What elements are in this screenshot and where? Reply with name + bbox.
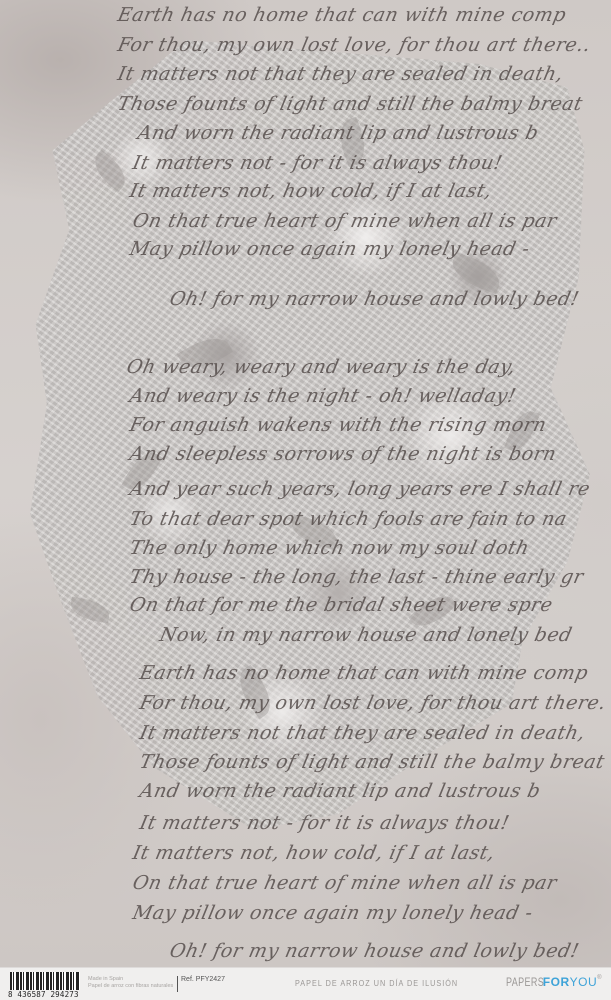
brand-part-for: FOR <box>543 975 570 989</box>
poem-line: And year such years, long years ere I sh… <box>128 478 593 500</box>
poem-line: Oh! for my narrow house and lowly bed! <box>168 288 582 310</box>
poem-line: And weary is the night - oh! welladay! <box>128 385 519 407</box>
poem-line: Oh weary, weary and weary is the day, <box>125 356 518 378</box>
poem-line: Now, in my narrow house and lonely bed <box>158 624 575 646</box>
poem-line: Earth has no home that can with mine com… <box>116 4 569 26</box>
poem-line: Those founts of light and still the balm… <box>138 751 607 773</box>
reference-code: Ref. PFY2427 <box>181 976 225 983</box>
product-label-strip: 8 436587 294273 Made in Spain Papel de a… <box>0 967 611 1000</box>
poem-line: For thou, my own lost love, for thou art… <box>116 34 593 56</box>
poem-line: And worn the radiant lip and lustrous b <box>138 780 543 802</box>
brand-part-papers: PAPERS <box>506 975 544 989</box>
poem-line: On that for me the bridal sheet were spr… <box>128 594 555 616</box>
barcode-icon <box>10 972 80 990</box>
poem-line: For thou, my own lost love, for thou art… <box>138 692 609 714</box>
poem-line: It matters not - for it is always thou! <box>131 152 505 174</box>
poem-line: May pillow once again my lonely head - <box>131 902 535 924</box>
leaf-shape <box>69 597 112 624</box>
registered-mark-icon: ® <box>597 975 602 981</box>
poem-line: Thy house - the long, the last - thine e… <box>128 566 586 588</box>
origin-info: Made in Spain Papel de arroz con fibras … <box>88 976 173 990</box>
poem-line: Earth has no home that can with mine com… <box>138 662 591 684</box>
poem-line: It matters not - for it is always thou! <box>138 812 512 834</box>
made-in-text: Made in Spain <box>88 976 173 983</box>
poem-line: The only home which now my soul doth <box>128 537 532 559</box>
brand-logo: PAPERSFORYOU® <box>506 975 602 989</box>
poem-line: It matters not that they are sealed in d… <box>116 63 566 85</box>
poem-line: It matters not, how cold, if I at last, <box>131 842 497 864</box>
divider <box>177 976 178 992</box>
poem-line: And worn the radiant lip and lustrous b <box>136 122 541 144</box>
leaf-shape <box>88 150 133 193</box>
poem-line: Oh! for my narrow house and lowly bed! <box>168 940 582 962</box>
poem-line: May pillow once again my lonely head - <box>128 238 532 260</box>
poem-line: For anguish wakens with the rising morn <box>128 414 549 436</box>
poem-line: And sleepless sorrows of the night is bo… <box>128 443 559 465</box>
product-title: PAPEL DE ARROZ UN DÍA DE ILUSIÓN <box>295 978 458 988</box>
poem-line: Those founts of light and still the balm… <box>116 93 585 115</box>
poem-line: On that true heart of mine when all is p… <box>131 872 559 894</box>
poem-line: It matters not that they are sealed in d… <box>138 722 588 744</box>
rice-paper-sheet: Earth has no home that can with mine com… <box>0 0 611 967</box>
barcode-number: 8 436587 294273 <box>8 990 84 999</box>
material-text: Papel de arroz con fibras naturales <box>88 983 173 990</box>
brand-part-you: YOU <box>570 975 598 989</box>
poem-line: On that true heart of mine when all is p… <box>131 210 559 232</box>
poem-line: To that dear spot which fools are fain t… <box>128 508 569 530</box>
poem-line: It matters not, how cold, if I at last, <box>128 180 494 202</box>
